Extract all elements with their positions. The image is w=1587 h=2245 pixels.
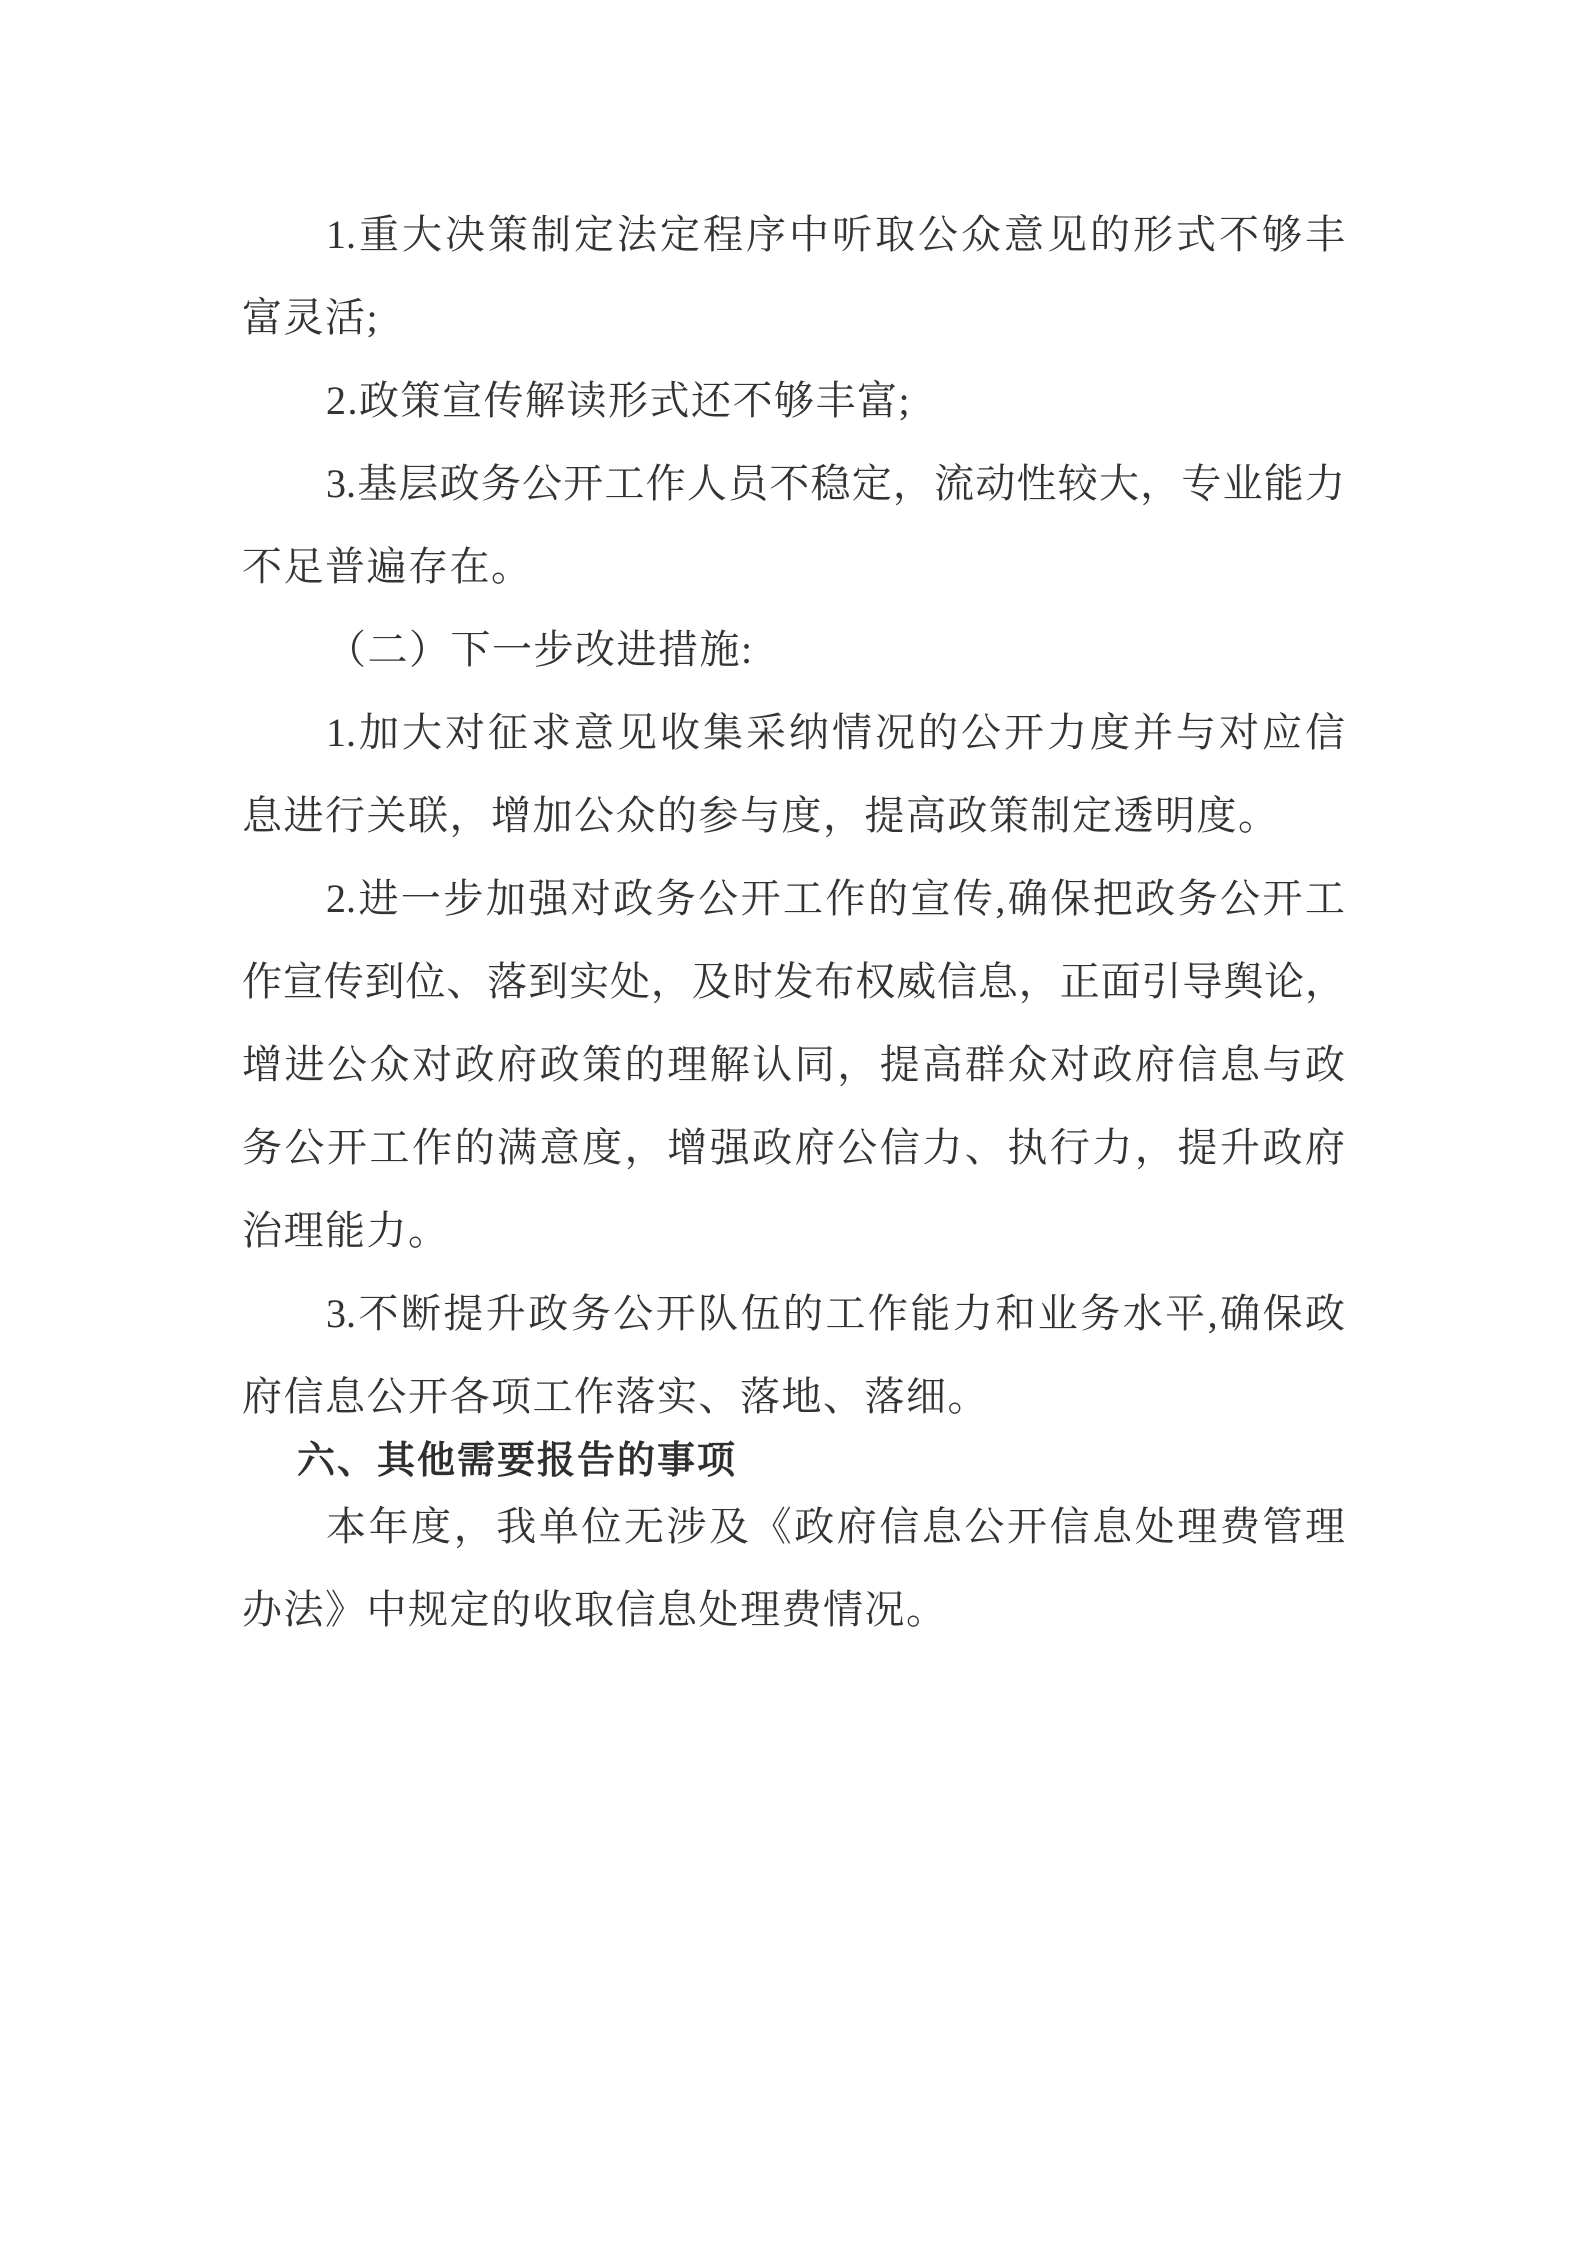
text-line: 1.重大决策制定法定程序中听取公众意见的形式不够丰 [242, 193, 1345, 276]
report-page: 1.重大决策制定法定程序中听取公众意见的形式不够丰 富灵活; 2.政策宣传解读形… [0, 0, 1587, 2245]
text-line: 息进行关联，增加公众的参与度，提高政策制定透明度。 [242, 774, 1345, 857]
text-line: 1.加大对征求意见收集采纳情况的公开力度并与对应信 [242, 691, 1345, 774]
section-heading: 六、其他需要报告的事项 [297, 1438, 1345, 1485]
text-line: 3.不断提升政务公开队伍的工作能力和业务水平,确保政 [242, 1272, 1345, 1355]
text-line: 增进公众对政府政策的理解认同，提高群众对政府信息与政 [242, 1023, 1345, 1106]
text-line: 富灵活; [242, 276, 1345, 359]
text-line: 2.进一步加强对政务公开工作的宣传,确保把政务公开工 [242, 857, 1345, 940]
text-block: 1.重大决策制定法定程序中听取公众意见的形式不够丰 富灵活; 2.政策宣传解读形… [242, 193, 1345, 1651]
text-line: 2.政策宣传解读形式还不够丰富; [242, 359, 1345, 442]
text-line: 本年度，我单位无涉及《政府信息公开信息处理费管理 [242, 1485, 1345, 1568]
text-line: 治理能力。 [242, 1189, 1345, 1272]
text-line: 府信息公开各项工作落实、落地、落细。 [242, 1355, 1345, 1438]
text-line: 作宣传到位、落到实处，及时发布权威信息，正面引导舆论， [242, 940, 1345, 1023]
text-line: 不足普遍存在。 [242, 525, 1345, 608]
text-line: 3.基层政务公开工作人员不稳定，流动性较大，专业能力 [242, 442, 1345, 525]
text-line: 办法》中规定的收取信息处理费情况。 [242, 1568, 1345, 1651]
text-line: 务公开工作的满意度，增强政府公信力、执行力，提升政府 [242, 1106, 1345, 1189]
subsection-title: （二）下一步改进措施: [242, 608, 1345, 691]
